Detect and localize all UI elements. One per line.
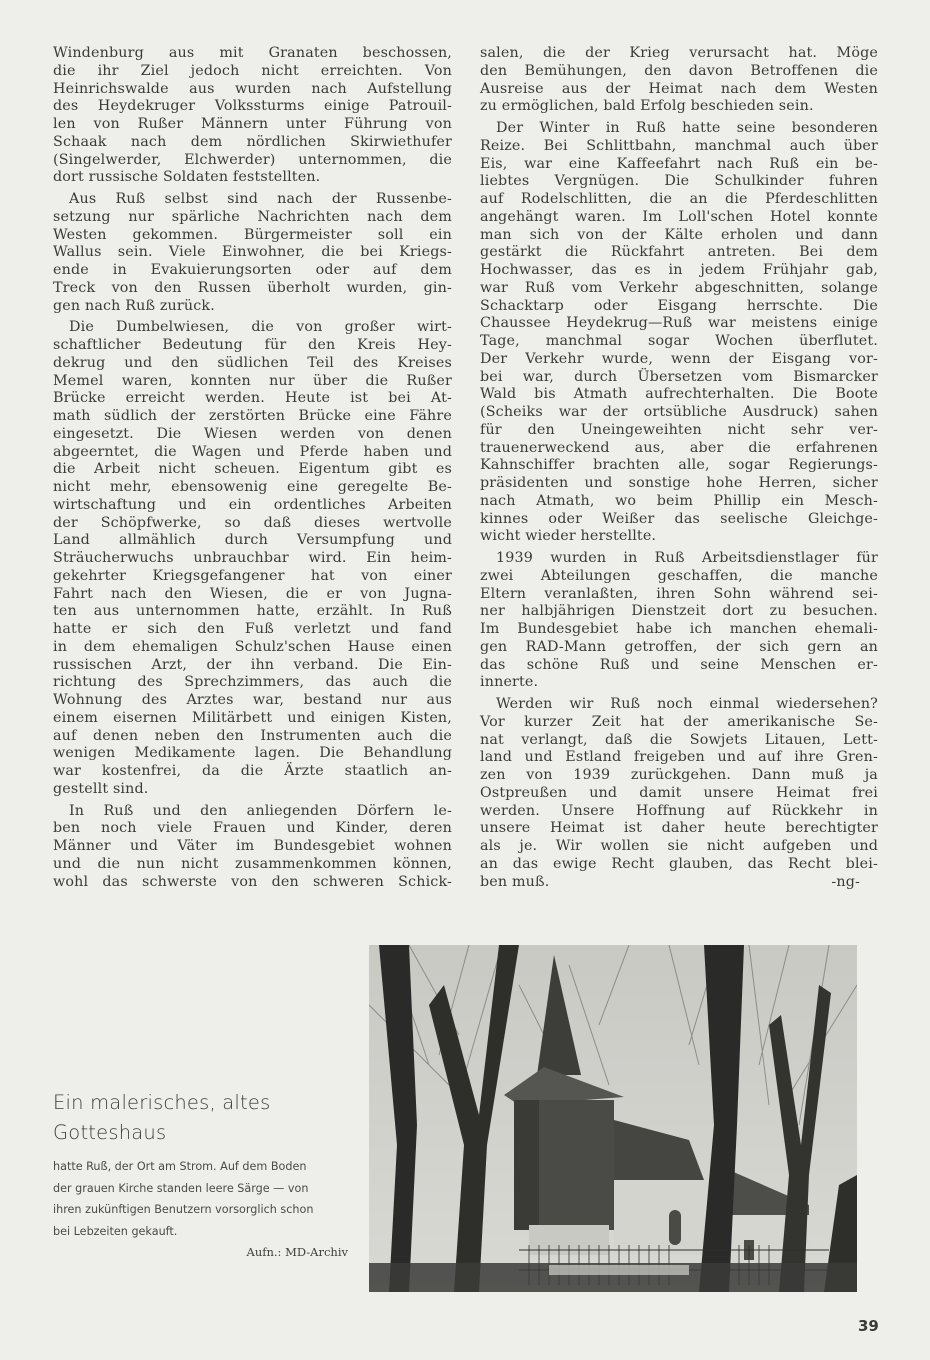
text-line: wenigen Medikamente lagen. Die Behandlun… [53,745,452,763]
text-line: len von Rußer Männern unter Führung von [53,116,452,134]
caption-title-line: Gotteshaus [53,1118,348,1148]
text-line: war Ruß vom Verkehr abgeschnitten, solan… [480,280,878,298]
text-line: Tage, manchmal sogar Wochen überflutet. [480,333,878,351]
text-line: die ihr Ziel jedoch nicht erreichten. Vo… [53,63,452,81]
text-line: Chaussee Heydekrug—Ruß war meistens eini… [480,315,878,333]
text-line: auf Rodelschlitten, die an die Pferdesch… [480,191,878,209]
text-line: schaftlicher Bedeutung für den Kreis Hey… [53,337,452,355]
text-line: liebtes Vergnügen. Die Schulkinder fuhre… [480,173,878,191]
text-line: gen RAD-Mann getroffen, der sich gern an [480,639,878,657]
church-photo [369,945,857,1292]
text-line: land und Estland freigeben und auf ihre … [480,749,878,767]
text-line: einem eisernen Militärbett und einigen K… [53,710,452,728]
text-line: Reize. Bei Schlittbahn, manchmal auch üb… [480,138,878,156]
text-line: Schaak nach dem nördlichen Skirwiethufer [53,134,452,152]
text-line: nat verlangt, daß die Sowjets Litauen, L… [480,732,878,750]
text-line: Fahrt nach den Wiesen, die er von Jugna- [53,586,452,604]
text-line: das schöne Ruß und seine Menschen er- [480,657,878,675]
text-line: ner halbjährigen Dienstzeit dort zu besu… [480,603,878,621]
text-line: Wohnung des Arztes war, bestand nur aus [53,692,452,710]
text-line: nicht mehr, ebensowenig eine geregelte B… [53,479,452,497]
article-right-column: salen, die der Krieg verursacht hat. Mög… [480,45,878,891]
text-line: an das ewige Recht glauben, das Recht bl… [480,856,878,874]
text-line: des Heydekruger Volkssturms einige Patro… [53,98,452,116]
page-number: 39 [858,1317,879,1335]
text-line: Hochwasser, das es in jedem Frühjahr gab… [480,262,878,280]
text-line: Der Verkehr wurde, wenn der Eisgang vor- [480,351,878,369]
text-line: Eis, war eine Kaffeefahrt nach Ruß ein b… [480,156,878,174]
text-line: innerte. [480,674,878,692]
caption-body-line: hatte Ruß, der Ort am Strom. Auf dem Bod… [53,1156,348,1178]
text-line: kinnes oder Weißer das seelische Gleichg… [480,511,878,529]
caption-body-line: der grauen Kirche standen leere Särge — … [53,1178,348,1200]
article-left-column: Windenburg aus mit Granaten beschossen,d… [53,45,452,891]
text-line: Kahnschiffer brachten alle, sogar Regier… [480,457,878,475]
text-line: math südlich der zerstörten Brücke eine … [53,408,452,426]
paragraph: Windenburg aus mit Granaten beschossen,d… [53,45,452,187]
paragraph: In Ruß und den anliegenden Dörfern le-be… [53,803,452,892]
caption-body-line: bei Lebzeiten gekauft. [53,1221,348,1243]
text-line: dekrug und den südlichen Teil des Kreise… [53,355,452,373]
text-line-content: ben muß. [480,874,549,890]
text-line: eingesetzt. Die Wiesen werden von denen [53,426,452,444]
text-line: und die nun nicht zusammenkommen können, [53,856,452,874]
text-line: der Schöpfwerke, so daß dieses wertvolle [53,515,452,533]
text-line: hatte er sich den Fuß verletzt und fand [53,621,452,639]
text-line: ende in Evakuierungsorten oder auf dem [53,262,452,280]
text-line: Treck von den Russen überholt wurden, gi… [53,280,452,298]
text-line: unsere Heimat ist daher heute berechtigt… [480,820,878,838]
church-photo-image [369,945,857,1292]
text-line: Westen gekommen. Bürgermeister soll ein [53,227,452,245]
text-line: ten aus unternommen hatte, erzählt. In R… [53,603,452,621]
text-line: angehängt waren. Im Loll'schen Hotel kon… [480,209,878,227]
text-line: Im Bundesgebiet habe ich manchen ehemali… [480,621,878,639]
text-line: abgeerntet, die Wagen und Pferde haben u… [53,444,452,462]
text-line: nach Atmath, wo beim Phillip ein Mesch- [480,493,878,511]
text-line: gen nach Ruß zurück. [53,298,452,316]
text-line: als je. Wir wollen sie nicht aufgeben un… [480,838,878,856]
text-line: Sträucherwuchs unbrauchbar wird. Ein hei… [53,550,452,568]
text-line: dort russische Soldaten feststellten. [53,169,452,187]
text-line: setzung nur spärliche Nachrichten nach d… [53,209,452,227]
text-line: wirtschaftung und ein ordentliches Arbei… [53,497,452,515]
text-line: Der Winter in Ruß hatte seine besonderen [480,120,878,138]
text-line: Schacktarp oder Eisgang herrschte. Die [480,298,878,316]
text-line: Wallus sein. Viele Einwohner, die bei Kr… [53,244,452,262]
text-line: zu ermöglichen, bald Erfolg beschieden s… [480,98,878,116]
text-line: Eltern veranlaßten, ihren Sohn während s… [480,586,878,604]
paragraph: Die Dumbelwiesen, die von großer wirt-sc… [53,319,452,798]
text-line: Ausreise aus der Heimat nach dem Westen [480,81,878,99]
text-line: Memel waren, konnten nur über die Rußer [53,373,452,391]
caption-body: hatte Ruß, der Ort am Strom. Auf dem Bod… [53,1156,348,1242]
text-line: Brücke erreicht werden. Heute ist bei At… [53,390,452,408]
text-line: richtung des Sprechzimmers, das auch die [53,674,452,692]
text-line: Vor kurzer Zeit hat der amerikanische Se… [480,714,878,732]
text-line: wicht wieder herstellte. [480,528,878,546]
text-line: gekehrter Kriegsgefangener hat von einer [53,568,452,586]
text-line: in dem ehemaligen Schulz'schen Hause ein… [53,639,452,657]
text-line: Werden wir Ruß noch einmal wiedersehen? [480,696,878,714]
text-line: zwei Abteilungen geschaffen, die manche [480,568,878,586]
text-line: Männer und Väter im Bundesgebiet wohnen [53,838,452,856]
text-line: russischen Arzt, der ihn verband. Die Ei… [53,657,452,675]
author-signature: -ng- [831,874,860,892]
text-line: Wald bis Atmath aufrechterhalten. Die Bo… [480,386,878,404]
text-line: 1939 wurden in Ruß Arbeitsdienstlager fü… [480,550,878,568]
text-line: salen, die der Krieg verursacht hat. Mög… [480,45,878,63]
text-line: auf denen neben den Instrumenten auch di… [53,728,452,746]
text-line: Heinrichswalde aus wurden nach Aufstellu… [53,81,452,99]
text-line: gestärkt die Rückfahrt antreten. Bei dem [480,244,878,262]
photo-caption: Ein malerisches, altes Gotteshaus hatte … [53,1088,348,1259]
text-line: werden. Unsere Hoffnung auf Rückkehr in [480,803,878,821]
paragraph: Der Winter in Ruß hatte seine besonderen… [480,120,878,546]
caption-title: Ein malerisches, altes Gotteshaus [53,1088,348,1148]
text-line: zen von 1939 zurückgehen. Dann muß ja [480,767,878,785]
paragraph: 1939 wurden in Ruß Arbeitsdienstlager fü… [480,550,878,692]
text-line: In Ruß und den anliegenden Dörfern le- [53,803,452,821]
text-line: (Singelwerder, Elchwerder) unternommen, … [53,152,452,170]
text-line: ben muß.-ng- [480,874,878,892]
caption-title-line: Ein malerisches, altes [53,1088,348,1118]
text-line: Ostpreußen und damit unsere Heimat frei [480,785,878,803]
text-line: Windenburg aus mit Granaten beschossen, [53,45,452,63]
paragraph: Aus Ruß selbst sind nach der Russenbe-se… [53,191,452,315]
text-line: wohl das schwerste von den schweren Schi… [53,874,452,892]
text-line: (Scheiks war der ortsübliche Ausdruck) s… [480,404,878,422]
text-line: den Bemühungen, den davon Betroffenen di… [480,63,878,81]
text-line: Die Dumbelwiesen, die von großer wirt- [53,319,452,337]
text-line: Aus Ruß selbst sind nach der Russenbe- [53,191,452,209]
text-line: man sich von der Kälte erholen und dann [480,227,878,245]
text-line: ben noch viele Frauen und Kinder, deren [53,820,452,838]
text-line: bei war, durch Übersetzen vom Bismarcker [480,369,878,387]
text-line: gestellt sind. [53,781,452,799]
paragraph: Werden wir Ruß noch einmal wiedersehen?V… [480,696,878,891]
text-line: war kostenfrei, da die Ärzte staatlich a… [53,763,452,781]
photo-credit: Aufn.: MD-Archiv [53,1245,348,1259]
text-line: trauenerweckend aus, aber die erfahrenen [480,440,878,458]
paragraph: salen, die der Krieg verursacht hat. Mög… [480,45,878,116]
caption-body-line: ihren zukünftigen Benutzern vorsorglich … [53,1199,348,1221]
text-line: Land allmählich durch Versumpfung und [53,532,452,550]
text-line: für den Uneingeweihten nicht sehr ver- [480,422,878,440]
text-line: präsidenten und sonstige hohe Herren, si… [480,475,878,493]
text-line: die Arbeit nicht scheuen. Eigentum gibt … [53,461,452,479]
